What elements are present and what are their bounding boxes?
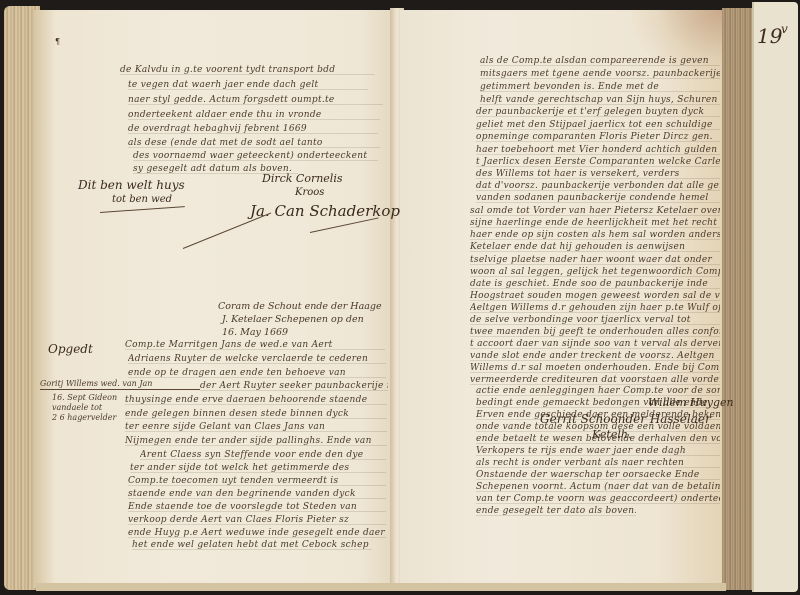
text-line: vanden sodanen paunbackerije condende he… bbox=[476, 193, 720, 204]
right-page-edges bbox=[722, 8, 752, 590]
text-line: de selve verbondinge voor tjaerlicx verv… bbox=[470, 315, 720, 326]
signature-right-mid: Kroos bbox=[295, 187, 324, 198]
text-line: ter ander sijde tot welck het getimmerde… bbox=[130, 463, 386, 474]
text-line: Ende staende toe de voorslegde tot Stede… bbox=[128, 502, 386, 513]
margin-ruled-note: Goritj Willems wed. van Jan bbox=[40, 379, 200, 390]
text-line: Aeltgen Willems d.r gehouden zijn haer p… bbox=[470, 303, 720, 314]
text-line: naer styl gedde. Actum forgsdett oumpt.t… bbox=[128, 95, 383, 106]
text-line: getimmert bevonden is. Ende met de bbox=[480, 82, 720, 93]
text-line: des Willems tot haer is versekert, verde… bbox=[476, 169, 720, 180]
signature-top: Willem Huygen bbox=[648, 396, 734, 409]
text-line: tselvige plaetse nader haer woont waer d… bbox=[470, 255, 720, 266]
text-line: vande slot ende ander treckent de voorsz… bbox=[470, 351, 720, 362]
text-line: te vegen dat waerh jaer ende dach gelt bbox=[128, 80, 368, 91]
margin-note-line: 2 6 hagervelder bbox=[52, 413, 116, 423]
heading-line: J. Ketelaer Schepenen op den bbox=[222, 313, 364, 326]
text-line: Schepenen voornt. Actum (naer dat van de… bbox=[476, 482, 720, 493]
bottom-page-edge bbox=[36, 583, 726, 591]
text-line: ende gesegelt ter dato als boven. bbox=[476, 506, 636, 517]
text-line: onderteekent aldaer ende thu in vronde bbox=[128, 110, 380, 121]
margin-label: Opgedt bbox=[48, 342, 93, 356]
text-line: Onstaende der waerschap ter oorsaecke En… bbox=[476, 470, 720, 481]
text-line: twee maenden bij geeft te onderhouden al… bbox=[470, 327, 720, 338]
text-line: Nijmegen ende ter ander sijde pallinghs.… bbox=[125, 436, 387, 447]
book-cover-edge bbox=[752, 2, 798, 592]
signature-right-top: Dirck Cornelis bbox=[262, 172, 343, 185]
text-line: het ende wel gelaten hebt dat met Cebock… bbox=[132, 540, 372, 551]
text-line: Hoogstraet souden mogen geweest worden s… bbox=[470, 291, 720, 302]
text-line: sal omde tot Vorder van haer Pietersz Ke… bbox=[470, 206, 720, 217]
text-line: vermeerderde crediteuren dat voorstaen a… bbox=[470, 375, 720, 386]
text-line: ende Huyg p.e Aert weduwe inde gesegelt … bbox=[128, 528, 386, 539]
text-line: staende ende van den begrinende vanden d… bbox=[128, 489, 386, 500]
text-line: haer ende op sijn costen als hem sal wor… bbox=[470, 230, 720, 241]
signature-left: Dit ben welt huys bbox=[78, 178, 185, 192]
text-line: date is geschiet. Ende soo de paunbacker… bbox=[470, 279, 720, 290]
text-line: thuysinge ende erve daeraen behoorende s… bbox=[125, 395, 387, 406]
signature-main: Gerrit Schoonder Hasselaer bbox=[540, 412, 711, 426]
folio-number: 19 bbox=[757, 24, 782, 48]
text-line: haer toebehoort met Vier honderd achtich… bbox=[476, 145, 720, 156]
text-line: ter eenre sijde Gelant van Claes Jans va… bbox=[125, 422, 387, 433]
signature-left-sub: tot ben wed bbox=[112, 194, 172, 205]
text-line: ende gelegen binnen desen stede binnen d… bbox=[125, 409, 387, 420]
margin-note-line: 16. Sept Gideon bbox=[52, 393, 117, 403]
folio-suffix: v bbox=[781, 22, 788, 36]
text-line: helft vande gerechtschap van Sijn huys, … bbox=[480, 95, 720, 106]
text-line: Willems d.r sal moeten onderhouden. Ende… bbox=[470, 363, 720, 374]
text-line: t Jaerlicx desen Eerste Comparanten welc… bbox=[476, 157, 720, 168]
text-line: Comp.te Marritgen Jans de wed.e van Aert bbox=[125, 340, 385, 351]
text-line: des voornaemd waer geteeckent) onderteec… bbox=[133, 151, 378, 162]
text-line: woon al sal leggen, gelijck het tegenwoo… bbox=[470, 267, 720, 278]
text-line: als de Comp.te alsdan compareerende is g… bbox=[480, 56, 720, 67]
heading-line: Coram de Schout ende der Haage bbox=[218, 300, 382, 313]
text-line: Arent Claess syn Steffende voor ende den… bbox=[140, 450, 386, 461]
signature-sub: Ketelh. bbox=[592, 428, 631, 441]
text-line: der Aert Ruyter seeker paunbackerije met bbox=[200, 381, 388, 392]
text-line: der paunbackerije et t'erf gelegen buyte… bbox=[476, 107, 720, 118]
text-line: dat d'voorsz. paunbackerije verbonden da… bbox=[476, 181, 720, 192]
text-line: Verkopers te rijs ende waer jaer ende da… bbox=[476, 446, 720, 457]
text-line: Ketelaer ende dat hij gehouden is aenwij… bbox=[470, 242, 720, 253]
text-line: opneminge comparanten Floris Pieter Dirc… bbox=[476, 132, 720, 143]
text-line: Adriaens Ruyter de welcke verclaerde te … bbox=[128, 354, 386, 365]
text-line: als recht is onder verbant als naer rech… bbox=[476, 458, 720, 469]
open-manuscript-book: ¶ de Kalvdu in g.te voorent tydt transpo… bbox=[0, 0, 800, 595]
text-line: Comp.te toecomen uyt tenden vermeerdt is bbox=[128, 476, 386, 487]
margin-note-line: vandaele tot bbox=[52, 403, 102, 413]
left-page-mark: ¶ bbox=[55, 37, 60, 46]
text-line: geliet met den Stijpael jaerlicx tot een… bbox=[476, 120, 720, 131]
text-line: de overdragt hebaghvij febrent 1669 bbox=[128, 124, 378, 135]
text-line: mitsgaers met tgene aende voorsz. paunba… bbox=[480, 69, 720, 80]
text-line: t accoort daer van sijnde soo van t verv… bbox=[470, 339, 720, 350]
text-line: verkoop derde Aert van Claes Floris Piet… bbox=[128, 515, 386, 526]
text-line: van ter Comp.te voorn was geaccordeert) … bbox=[476, 494, 720, 505]
text-line: sijne haerlinge ende de heerlijckheit me… bbox=[470, 218, 720, 229]
text-line: ende op te dragen aen ende ten behoeve v… bbox=[128, 368, 386, 379]
heading-date: 16. May 1669 bbox=[222, 326, 288, 339]
text-line: de Kalvdu in g.te voorent tydt transport… bbox=[120, 65, 375, 76]
text-line: als dese (ende dat met de sodt ael tanto bbox=[128, 138, 380, 149]
